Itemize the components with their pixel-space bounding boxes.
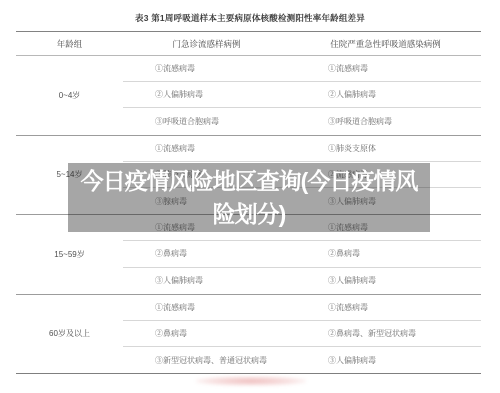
header-age-group: 年龄组 <box>16 38 123 50</box>
age-group-label: 0~4岁 <box>16 56 123 135</box>
table-row-age-60-plus: 60岁及以上 ①流感病毒 ②鼻病毒 ③新型冠状病毒、普通冠状病毒 ①流感病毒 ②… <box>16 295 481 375</box>
pathogen-rank-item: ②鼻病毒、新型冠状病毒 <box>290 321 481 347</box>
pathogen-rank-item: ①流感病毒 <box>123 136 290 162</box>
table-caption: 表3 第1周呼吸道样本主要病原体核酸检测阳性率年龄组差异 <box>0 12 500 24</box>
pathogen-rank-item: ②鼻病毒 <box>123 321 290 347</box>
pathogen-rank-item: ①流感病毒 <box>290 56 481 82</box>
article-screenshot: 表3 第1周呼吸道样本主要病原体核酸检测阳性率年龄组差异 年龄组 门急诊流感样病… <box>0 0 500 393</box>
watermark-text-line2: 险划分) <box>68 198 430 231</box>
inpatient-cell-group: ①流感病毒 ②人偏肺病毒 ③呼吸道合胞病毒 <box>290 56 481 135</box>
age-group-label: 60岁及以上 <box>16 295 123 374</box>
pathogen-rank-item: ③新型冠状病毒、普通冠状病毒 <box>123 347 290 373</box>
pathogen-rank-item: ③人偏肺病毒 <box>123 268 290 294</box>
inpatient-cell-group: ①流感病毒 ②鼻病毒、新型冠状病毒 ③人偏肺病毒 <box>290 295 481 374</box>
pathogen-rank-item: ①流感病毒 <box>123 56 290 82</box>
outpatient-cell-group: ①流感病毒 ②人偏肺病毒 ③呼吸道合胞病毒 <box>123 56 290 135</box>
red-smudge-artifact <box>196 376 306 386</box>
pathogen-rank-item: ③人偏肺病毒 <box>290 347 481 373</box>
table-row-age-0-4: 0~4岁 ①流感病毒 ②人偏肺病毒 ③呼吸道合胞病毒 ①流感病毒 ②人偏肺病毒 … <box>16 56 481 136</box>
pathogen-rank-item: ②人偏肺病毒 <box>290 82 481 108</box>
pathogen-rank-item: ②鼻病毒 <box>123 241 290 267</box>
pathogen-rank-item: ①肺炎支原体 <box>290 136 481 162</box>
pathogen-rank-item: ②鼻病毒 <box>290 241 481 267</box>
header-outpatient-ili-cases: 门急诊流感样病例 <box>123 38 290 50</box>
pathogen-rank-item: ②人偏肺病毒 <box>123 82 290 108</box>
header-hospitalized-sari-cases: 住院严重急性呼吸道感染病例 <box>290 38 481 50</box>
outpatient-cell-group: ①流感病毒 ②鼻病毒 ③新型冠状病毒、普通冠状病毒 <box>123 295 290 374</box>
table-header-row: 年龄组 门急诊流感样病例 住院严重急性呼吸道感染病例 <box>16 32 481 56</box>
pathogen-rank-item: ③呼吸道合胞病毒 <box>290 108 481 134</box>
watermark-overlay-banner: 今日疫情风险地区查询(今日疫情风 险划分) <box>68 163 430 232</box>
pathogen-rank-item: ①流感病毒 <box>123 295 290 321</box>
pathogen-rank-item: ③人偏肺病毒 <box>290 268 481 294</box>
watermark-text-line1: 今日疫情风险地区查询(今日疫情风 <box>68 165 430 198</box>
pathogen-rank-item: ①流感病毒 <box>290 295 481 321</box>
pathogen-rank-item: ③呼吸道合胞病毒 <box>123 108 290 134</box>
